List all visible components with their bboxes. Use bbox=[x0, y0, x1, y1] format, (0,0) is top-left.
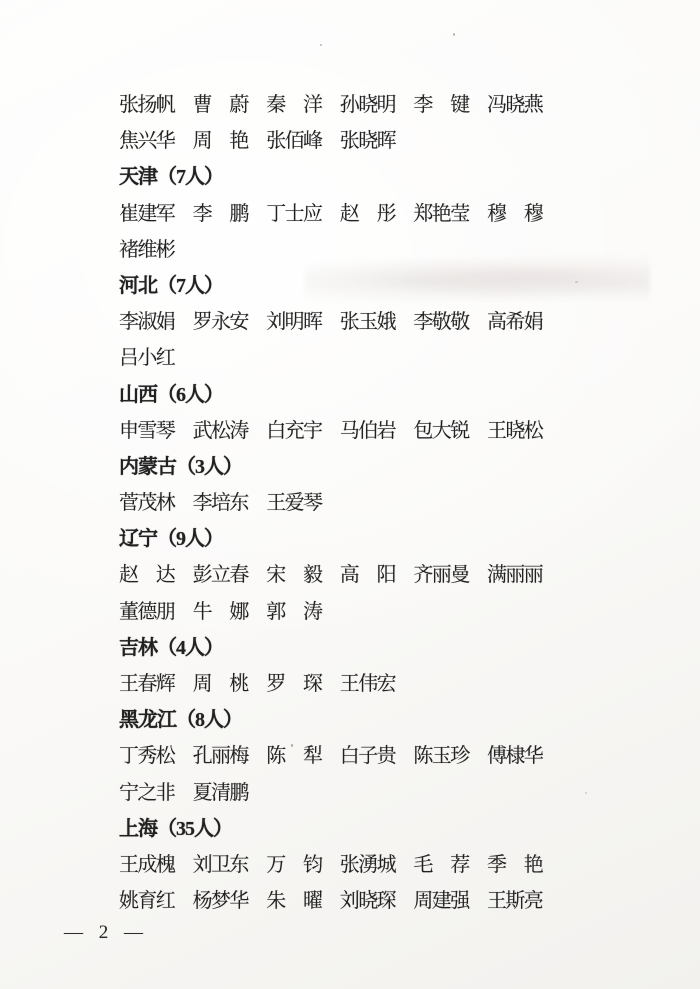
name-row: 王成槐 刘卫东 万 钧 张湧城 毛 荐 季 艳 bbox=[119, 847, 579, 883]
name-row: 赵 达 彭立春 宋 毅 高 阳 齐丽曼 满丽丽 bbox=[119, 557, 579, 593]
document-body: 张扬帆 曹 蔚 秦 洋 孙晓明 李 键 冯晓燕焦兴华 周 艳 张佰峰 张晓晖天津… bbox=[119, 87, 579, 919]
name-row: 宁之非 夏清鹏 bbox=[119, 775, 579, 811]
name-row: 菅茂林 李培东 王爱琴 bbox=[119, 485, 579, 521]
scan-speck bbox=[453, 33, 455, 36]
section-heading: 上海（35人） bbox=[119, 811, 579, 847]
name-row: 张扬帆 曹 蔚 秦 洋 孙晓明 李 键 冯晓燕 bbox=[119, 87, 579, 123]
section-heading: 辽宁（9人） bbox=[119, 521, 579, 557]
section-heading: 山西（6人） bbox=[119, 377, 579, 413]
page-number: — 2 — bbox=[64, 921, 145, 945]
name-row: 丁秀松 孔丽梅 陈 犁 白子贵 陈玉珍 傅棣华 bbox=[119, 738, 579, 774]
scan-speck bbox=[585, 792, 587, 794]
section-heading: 黑龙江（8人） bbox=[119, 702, 579, 738]
name-row: 申雪琴 武松涛 白充宇 马伯岩 包大锐 王晓松 bbox=[119, 413, 579, 449]
name-row: 姚育红 杨梦华 朱 曜 刘晓琛 周建强 王斯亮 bbox=[119, 883, 579, 919]
section-heading: 河北（7人） bbox=[119, 268, 579, 304]
name-row: 董德朋 牛 娜 郭 涛 bbox=[119, 594, 579, 630]
name-row: 褚维彬 bbox=[119, 232, 579, 268]
section-heading: 吉林（4人） bbox=[119, 630, 579, 666]
scan-speck bbox=[320, 44, 322, 46]
name-row: 王春辉 周 桃 罗 琛 王伟宏 bbox=[119, 666, 579, 702]
name-row: 焦兴华 周 艳 张佰峰 张晓晖 bbox=[119, 123, 579, 159]
section-heading: 内蒙古（3人） bbox=[119, 449, 579, 485]
document-page: 张扬帆 曹 蔚 秦 洋 孙晓明 李 键 冯晓燕焦兴华 周 艳 张佰峰 张晓晖天津… bbox=[0, 0, 700, 989]
name-row: 李淑娟 罗永安 刘明晖 张玉娥 李敬敬 高希娟 bbox=[119, 304, 579, 340]
name-row: 吕小红 bbox=[119, 340, 579, 376]
section-heading: 天津（7人） bbox=[119, 159, 579, 195]
name-row: 崔建军 李 鹏 丁士应 赵 彤 郑艳莹 穆 穆 bbox=[119, 196, 579, 232]
